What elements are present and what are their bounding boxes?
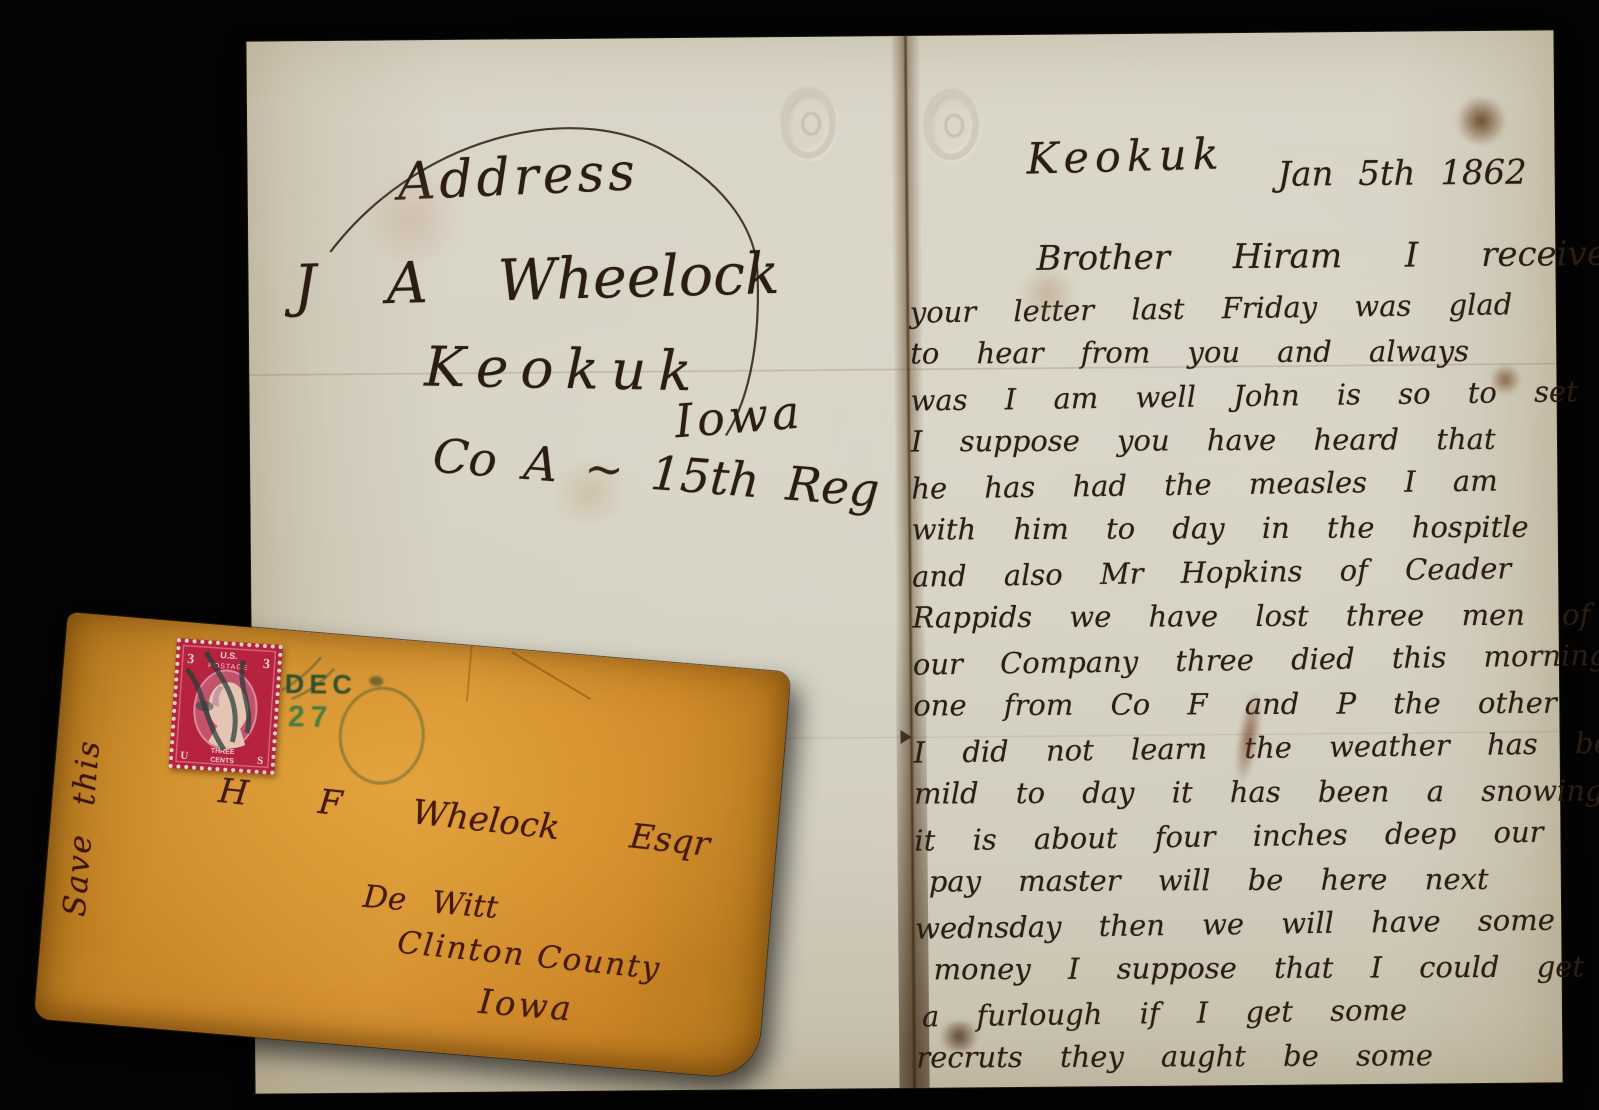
embossed-stationery-seal xyxy=(923,88,980,160)
ink-blot xyxy=(1456,95,1506,147)
envelope: Save this U.S. POSTAGE 3 3 U S THREE CEN… xyxy=(34,612,791,1079)
envelope-recipient: H F Whelock Esqr xyxy=(216,771,711,865)
address-name: J A Wheelock xyxy=(293,241,781,320)
stamp-denomination: 3 xyxy=(263,657,271,672)
ink-blot xyxy=(1490,363,1520,397)
letter-date: Jan 5th 1862 xyxy=(1277,153,1526,195)
envelope-crease xyxy=(511,651,591,700)
letter-salutation: Brother Hiram I received xyxy=(1036,234,1599,279)
letter-line: money I suppose that I could get xyxy=(916,950,1566,997)
stamp-s: S xyxy=(257,755,264,767)
stamp-denomination: 3 xyxy=(187,652,195,667)
stamp-value-word: CENTS xyxy=(210,757,234,766)
letter-line: wednsday then we will have some xyxy=(915,903,1566,956)
letter-line: recruts they aught be some xyxy=(916,1038,1566,1085)
letter-line: with him to day in the hospitle xyxy=(912,510,1562,557)
envelope-town: De Witt xyxy=(362,879,500,926)
fold-tear xyxy=(900,730,911,744)
embossed-stationery-seal xyxy=(780,87,837,159)
age-stain xyxy=(357,174,468,265)
postmark-day: 27 xyxy=(288,700,334,735)
letter-place: Keokuk xyxy=(1026,129,1225,184)
letter-line: he has had the measles I am xyxy=(911,463,1562,516)
envelope-state: Iowa xyxy=(477,982,575,1030)
stamp-country: U.S. xyxy=(220,650,238,661)
envelope-county: Clinton County xyxy=(396,925,663,988)
letter-line: pay master will be here next xyxy=(915,862,1565,909)
letter-line: it is about four inches deep our xyxy=(914,815,1565,868)
save-this-note: Save this xyxy=(51,667,114,989)
letter-line: was I am well John is so to set up xyxy=(910,375,1561,428)
stamp-u: U xyxy=(180,750,189,763)
letter-body: your letter last Friday was glad to hear… xyxy=(910,288,1567,1086)
letter-line: Rappids we have lost three men of xyxy=(912,598,1562,645)
letter-line: I suppose you have heard that xyxy=(911,422,1561,469)
postage-stamp: U.S. POSTAGE 3 3 U S THREE CENTS xyxy=(168,638,282,775)
letter-line: to hear from you and always xyxy=(910,334,1560,381)
postmark-month: DEC xyxy=(285,669,357,701)
stamp-artwork: U.S. POSTAGE 3 3 U S THREE CENTS xyxy=(173,642,279,770)
letter-line: a furlough if I get some xyxy=(916,991,1567,1044)
photo-scene: Address J A Wheelock Keokuk Iowa Co A ~ … xyxy=(0,0,1599,1110)
letter-line: one from Co F and P the other xyxy=(913,686,1563,733)
address-city: Keokuk xyxy=(424,335,704,404)
letter-line: your letter last Friday was glad xyxy=(910,287,1561,340)
letter-line: our Company three died this morning xyxy=(913,639,1564,692)
postmark-blot xyxy=(369,675,384,686)
letter-line: and also Mr Hopkins of Ceader xyxy=(912,551,1563,604)
address-state: Iowa xyxy=(673,384,806,448)
